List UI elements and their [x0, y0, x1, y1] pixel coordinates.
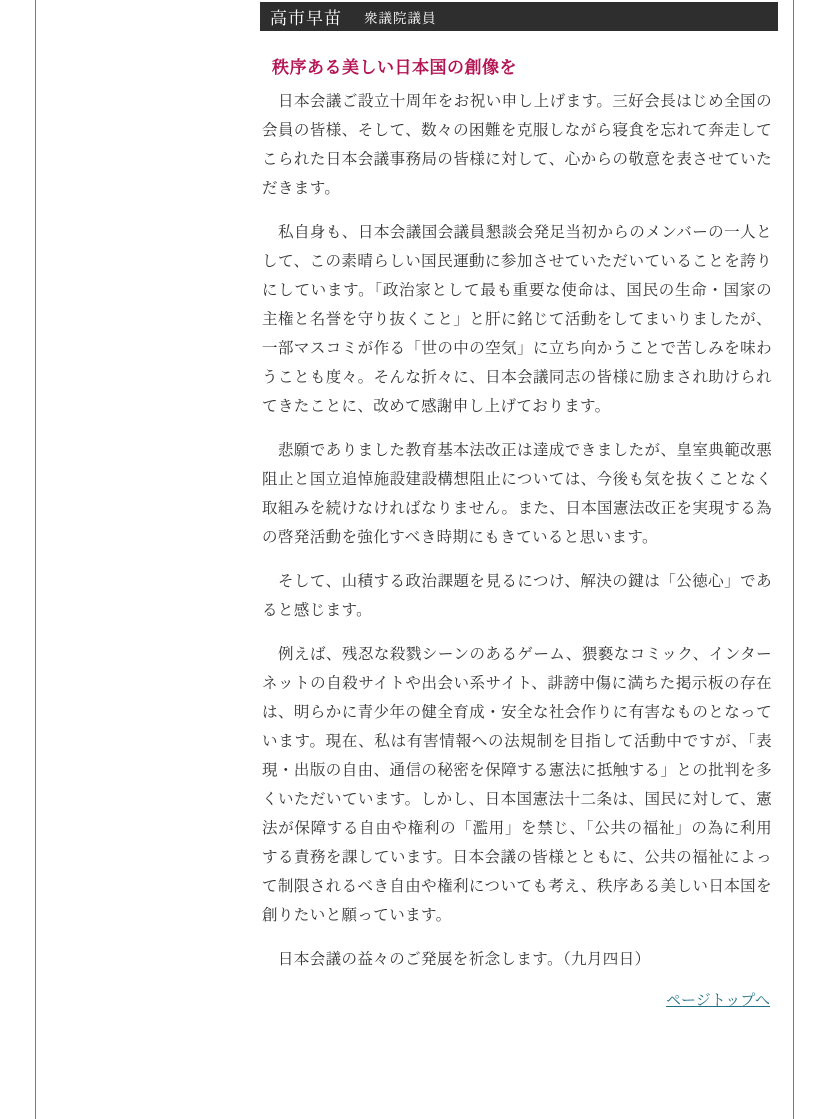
left-rule-line: [35, 0, 36, 1119]
article-paragraph: 私自身も、日本会議国会議員懇談会発足当初からのメンバーの一人として、この素晴らし…: [262, 218, 772, 421]
politician-role: 衆議院議員: [364, 7, 437, 27]
page: 高市早苗 衆議院議員 秩序ある美しい日本国の創像を 日本会議ご設立十周年をお祝い…: [0, 0, 828, 1119]
page-top-link[interactable]: ページトップへ: [666, 992, 770, 1009]
profile-header-bar: 高市早苗 衆議院議員: [260, 2, 778, 31]
page-top-container: ページトップへ: [260, 989, 770, 1010]
right-rule-line: [793, 0, 794, 1119]
politician-name: 高市早苗: [270, 4, 342, 29]
article-paragraph: 日本会議ご設立十周年をお祝い申し上げます。三好会長はじめ全国の会員の皆様、そして…: [262, 87, 772, 203]
article-paragraph: そして、山積する政治課題を見るにつけ、解決の鍵は「公徳心」であると感じます。: [262, 567, 772, 625]
main-content: 高市早苗 衆議院議員 秩序ある美しい日本国の創像を 日本会議ご設立十周年をお祝い…: [260, 0, 778, 1010]
article-paragraph: 悲願でありました教育基本法改正は達成できましたが、皇室典範改悪阻止と国立追悼施設…: [262, 436, 772, 552]
article: 秩序ある美しい日本国の創像を 日本会議ご設立十周年をお祝い申し上げます。三好会長…: [262, 53, 772, 974]
article-paragraph: 日本会議の益々のご発展を祈念します。（九月四日）: [262, 945, 772, 974]
article-heading: 秩序ある美しい日本国の創像を: [272, 53, 772, 78]
article-paragraph: 例えば、残忍な殺戮シーンのあるゲーム、猥褻なコミック、インターネットの自殺サイト…: [262, 640, 772, 930]
